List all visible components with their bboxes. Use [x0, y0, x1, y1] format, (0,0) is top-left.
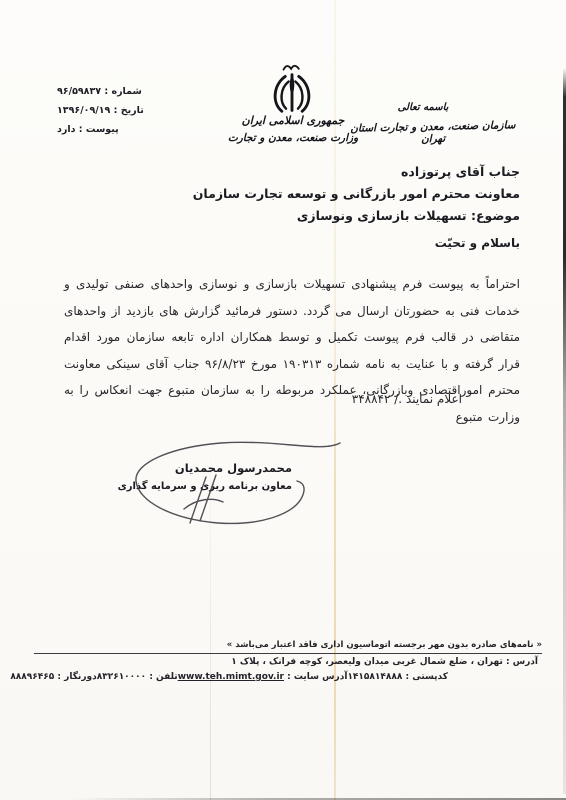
number-value: ۹۶/۵۹۸۳۷ — [57, 86, 101, 97]
phone-item: تلفن : ۸۳۲۶۱۰۰۰۰ — [97, 672, 178, 682]
ref-date-row: تاریخ : ۱۳۹۶/۰۹/۱۹ — [57, 101, 167, 120]
website-item: آدرس سایت : www.teh.mimt.gov.ir — [178, 672, 348, 682]
footer-address: آدرس : تهران ، ضلع شمال غربی میدان ولیعص… — [231, 657, 538, 667]
fax-value: ۸۸۸۹۶۴۶۵ — [10, 672, 54, 682]
footer-validity-notice: « نامه‌های صادره بدون مهر برجسته اتوماسی… — [227, 640, 542, 650]
iran-emblem-icon — [266, 62, 318, 118]
bismillah-text: باسمه تعالی — [383, 102, 463, 113]
organization-title: سازمان صنعت، معدن و تجارت استان تهران — [338, 119, 528, 147]
recipient-title: معاونت محترم امور بازرگانی و توسعه تجارت… — [120, 183, 520, 205]
letter-closing-line: اعلام نمایند ./ ۳۴۸۸۴۲ — [352, 392, 462, 406]
website-label: آدرس سایت : — [287, 672, 347, 682]
handwritten-signature-icon — [126, 437, 348, 527]
letter-subject: موضوع: تسهیلات بازسازی ونوسازی — [120, 205, 520, 227]
recipient-name: جناب آقای پرتوزاده — [120, 161, 520, 183]
footer-contact-row: کدپستی : ۱۴۱۵۸۱۴۸۸۸ آدرس سایت : www.teh.… — [38, 672, 448, 682]
phone-value: ۸۳۲۶۱۰۰۰۰ — [97, 672, 146, 682]
footer-divider — [34, 653, 542, 654]
fax-label: دورنگار : — [57, 672, 96, 682]
postal-code: کدپستی : ۱۴۱۵۸۱۴۸۸۸ — [347, 672, 448, 682]
attachment-label: پیوست : — [79, 124, 119, 135]
ref-number-row: شماره : ۹۶/۵۹۸۳۷ — [57, 82, 167, 101]
letter-body-paragraph: احتراماً به پیوست فرم پیشنهادی تسهیلات ب… — [64, 271, 520, 430]
ref-attachment-row: پیوست : دارد — [57, 120, 167, 139]
letter-reference-block: شماره : ۹۶/۵۹۸۳۷ تاریخ : ۱۳۹۶/۰۹/۱۹ پیوس… — [57, 82, 167, 139]
date-label: تاریخ : — [114, 105, 144, 116]
phone-label: تلفن : — [149, 672, 177, 682]
attachment-value: دارد — [57, 124, 75, 135]
recipient-block: جناب آقای پرتوزاده معاونت محترم امور باز… — [120, 161, 520, 227]
salutation-text: باسلام و تحیّت — [435, 236, 520, 250]
website-url: www.teh.mimt.gov.ir — [178, 672, 284, 682]
date-value: ۱۳۹۶/۰۹/۱۹ — [57, 105, 110, 116]
scanned-letter-page: شماره : ۹۶/۵۹۸۳۷ تاریخ : ۱۳۹۶/۰۹/۱۹ پیوس… — [0, 0, 566, 800]
fax-item: دورنگار : ۸۸۸۹۶۴۶۵ — [10, 672, 96, 682]
number-label: شماره : — [104, 86, 141, 97]
